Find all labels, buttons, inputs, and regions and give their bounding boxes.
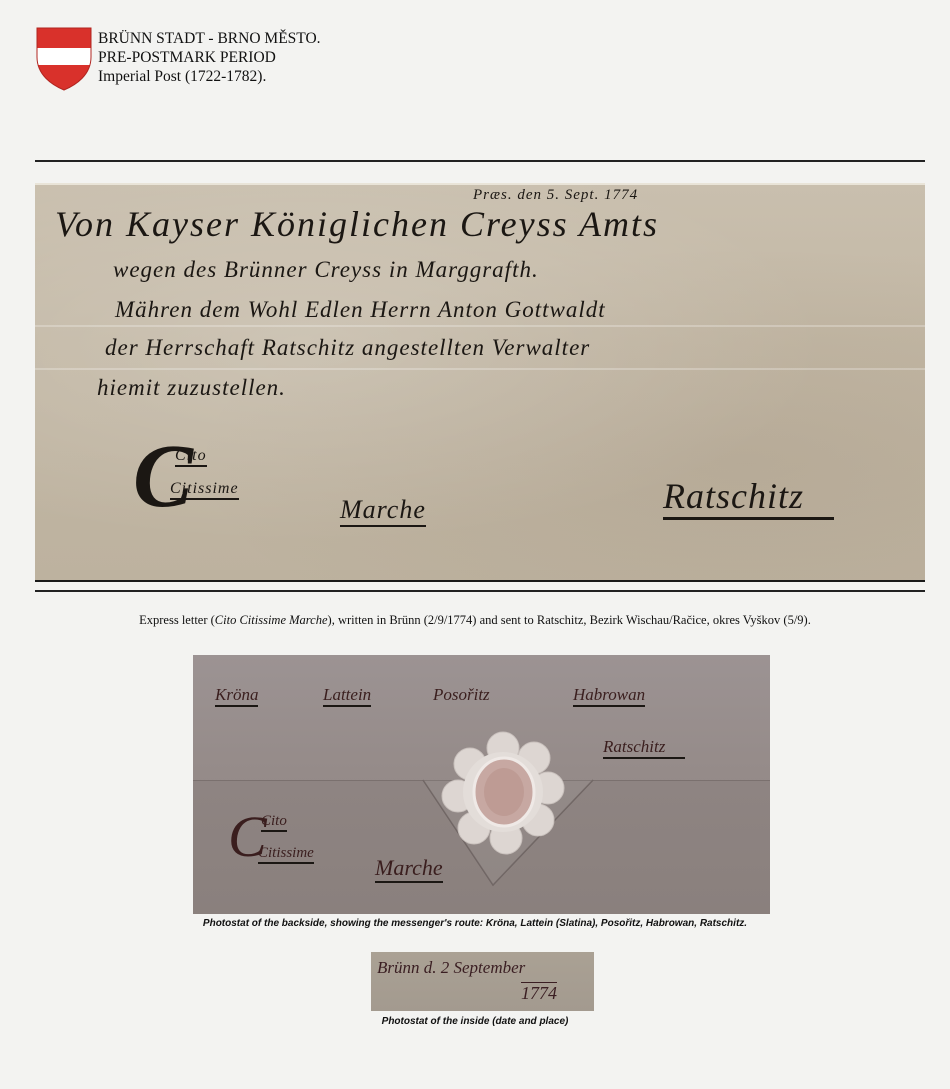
header-subtitle: Imperial Post (1722-1782). [98,67,321,86]
backside-caption: Photostat of the backside, showing the m… [0,918,950,929]
backside-marche: Marche [375,855,443,883]
header-text: BRÜNN STADT - BRNO MĚSTO. PRE-POSTMARK P… [98,29,321,86]
marche-text: Marche [340,495,426,527]
inside-place-date: Brünn d. 2 September [377,958,525,978]
header-title: BRÜNN STADT - BRNO MĚSTO. [98,29,321,48]
fold-line [35,368,925,370]
received-annotation: Præs. den 5. Sept. 1774 [473,187,638,204]
destination-text: Ratschitz [663,475,834,520]
letter-front-image: Præs. den 5. Sept. 1774 Von Kayser König… [35,183,925,580]
brno-coat-of-arms-icon [36,27,92,91]
inside-year: 1774 [521,982,557,1004]
inside-caption: Photostat of the inside (date and place) [0,1016,950,1027]
route-kroena: Kröna [215,685,258,707]
page-header: BRÜNN STADT - BRNO MĚSTO. PRE-POSTMARK P… [36,27,321,91]
route-lattein: Lattein [323,685,371,707]
address-line-4: der Herrschaft Ratschitz angestellten Ve… [105,335,590,361]
backside-cito: Cito [261,813,287,832]
inside-photostat-image: Brünn d. 2 September 1774 [371,952,594,1011]
address-line-1: Von Kayser Königlichen Creyss Amts [55,203,659,245]
backside-citissime: Citissime [258,845,314,864]
citissime-text: Citissime [170,480,239,500]
address-line-2: wegen des Brünner Creyss in Marggrafth. [113,257,539,283]
backside-photostat-image: Kröna Lattein Posořitz Habrowan Ratschit… [193,655,770,913]
route-posoritz: Posořitz [433,685,490,705]
address-line-5: hiemit zuzustellen. [97,375,286,401]
route-habrowan: Habrowan [573,685,645,707]
middle-divider [35,590,925,592]
top-divider [35,160,925,162]
header-period: PRE-POSTMARK PERIOD [98,48,321,67]
cito-text: Cito [175,447,207,467]
wax-seal-icon [438,730,568,860]
main-caption: Express letter (Cito Citissime Marche), … [0,613,950,628]
fold-line [35,325,925,327]
address-line-3: Mähren dem Wohl Edlen Herrn Anton Gottwa… [115,297,606,323]
route-ratschitz: Ratschitz [603,737,685,759]
